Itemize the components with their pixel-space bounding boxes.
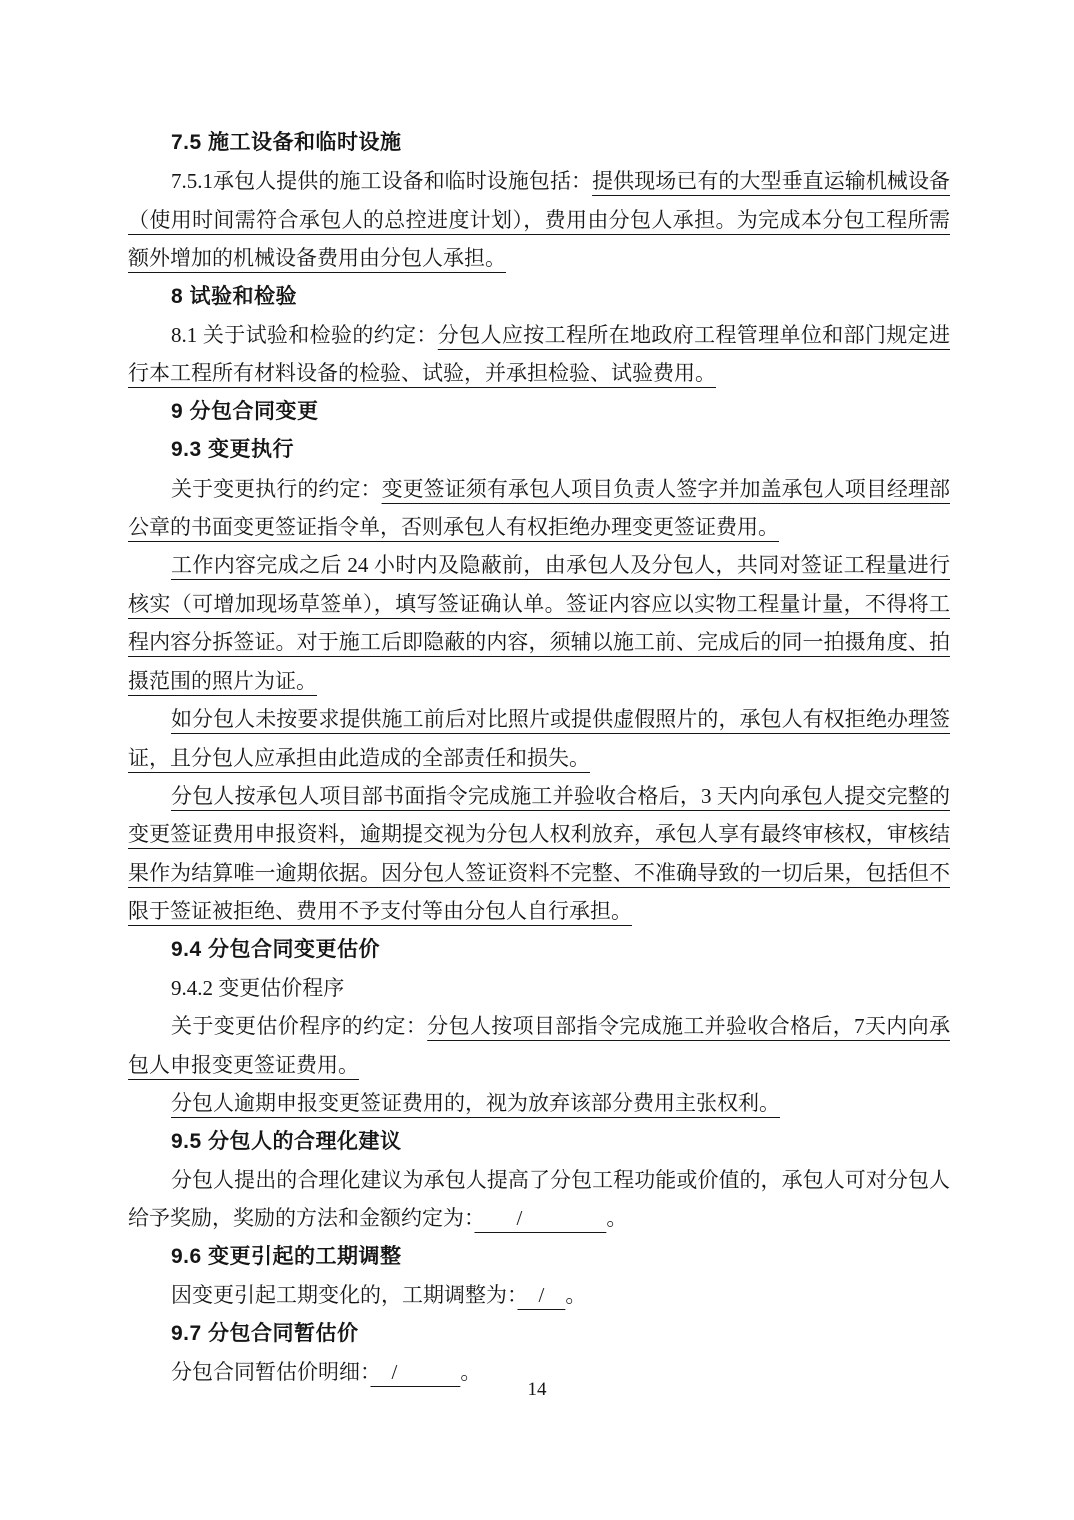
underlined-clause: 分包人逾期申报变更签证费用的，视为放弃该部分费用主张权利。 (171, 1091, 780, 1115)
paragraph-signoff-verification: 工作内容完成之后 24 小时内及隐蔽前，由承包人及分包人，共同对签证工程量进行核… (128, 546, 950, 700)
document-page: 7.5 施工设备和临时设施 7.5.1承包人提供的施工设备和临时设施包括：提供现… (0, 0, 1074, 1520)
section-heading-9: 9 分包合同变更 (128, 393, 950, 431)
underlined-clause: 分包人按承包人项目部书面指令完成施工并验收合格后，3 天内向承包人提交完整的变更… (128, 784, 950, 923)
section-heading-8: 8 试验和检验 (128, 278, 950, 316)
section-heading-9-7: 9.7 分包合同暂估价 (128, 1315, 950, 1353)
section-heading-7-5: 7.5 施工设备和临时设施 (128, 124, 950, 162)
paragraph-change-execution: 关于变更执行的约定：变更签证须有承包人项目负责人签字并加盖承包人项目经理部公章的… (128, 470, 950, 547)
paragraph-8-1: 8.1 关于试验和检验的约定：分包人应按工程所在地政府工程管理单位和部门规定进行… (128, 316, 950, 393)
fill-in-blank: / (518, 1283, 566, 1307)
paragraph-text: 。 (606, 1206, 627, 1230)
fill-in-blank: / (475, 1206, 607, 1230)
paragraph-7-5-1: 7.5.1承包人提供的施工设备和临时设施包括：提供现场已有的大型垂直运输机械设备… (128, 162, 950, 277)
paragraph-text: 关于变更估价程序的约定： (171, 1014, 427, 1038)
paragraph-submission-deadline: 分包人按承包人项目部书面指令完成施工并验收合格后，3 天内向承包人提交完整的变更… (128, 777, 950, 931)
paragraph-9-4-2-subheading: 9.4.2 变更估价程序 (128, 969, 950, 1007)
paragraph-text: 关于变更执行的约定： (171, 477, 382, 501)
underlined-clause: 工作内容完成之后 24 小时内及隐蔽前，由承包人及分包人，共同对签证工程量进行核… (128, 553, 950, 692)
paragraph-valuation-procedure: 关于变更估价程序的约定：分包人按项目部指令完成施工并验收合格后，7天内向承包人申… (128, 1007, 950, 1084)
paragraph-schedule-adjustment: 因变更引起工期变化的，工期调整为： / 。 (128, 1276, 950, 1314)
paragraph-photo-evidence: 如分包人未按要求提供施工前后对比照片或提供虚假照片的，承包人有权拒绝办理签证，且… (128, 700, 950, 777)
section-heading-9-6: 9.6 变更引起的工期调整 (128, 1238, 950, 1276)
page-number: 14 (0, 1378, 1074, 1402)
paragraph-overdue-waiver: 分包人逾期申报变更签证费用的，视为放弃该部分费用主张权利。 (128, 1084, 950, 1122)
paragraph-text: 。 (565, 1283, 586, 1307)
section-heading-9-4: 9.4 分包合同变更估价 (128, 931, 950, 969)
paragraph-text: 8.1 关于试验和检验的约定： (171, 323, 438, 347)
paragraph-rationalization: 分包人提出的合理化建议为承包人提高了分包工程功能或价值的，承包人可对分包人给予奖… (128, 1161, 950, 1238)
paragraph-text: 7.5.1承包人提供的施工设备和临时设施包括： (171, 169, 592, 193)
section-heading-9-5: 9.5 分包人的合理化建议 (128, 1123, 950, 1161)
section-heading-9-3: 9.3 变更执行 (128, 431, 950, 469)
paragraph-text: 9.4.2 变更估价程序 (171, 976, 344, 1000)
paragraph-text: 因变更引起工期变化的，工期调整为： (171, 1283, 518, 1307)
underlined-clause: 如分包人未按要求提供施工前后对比照片或提供虚假照片的，承包人有权拒绝办理签证，且… (128, 707, 950, 769)
